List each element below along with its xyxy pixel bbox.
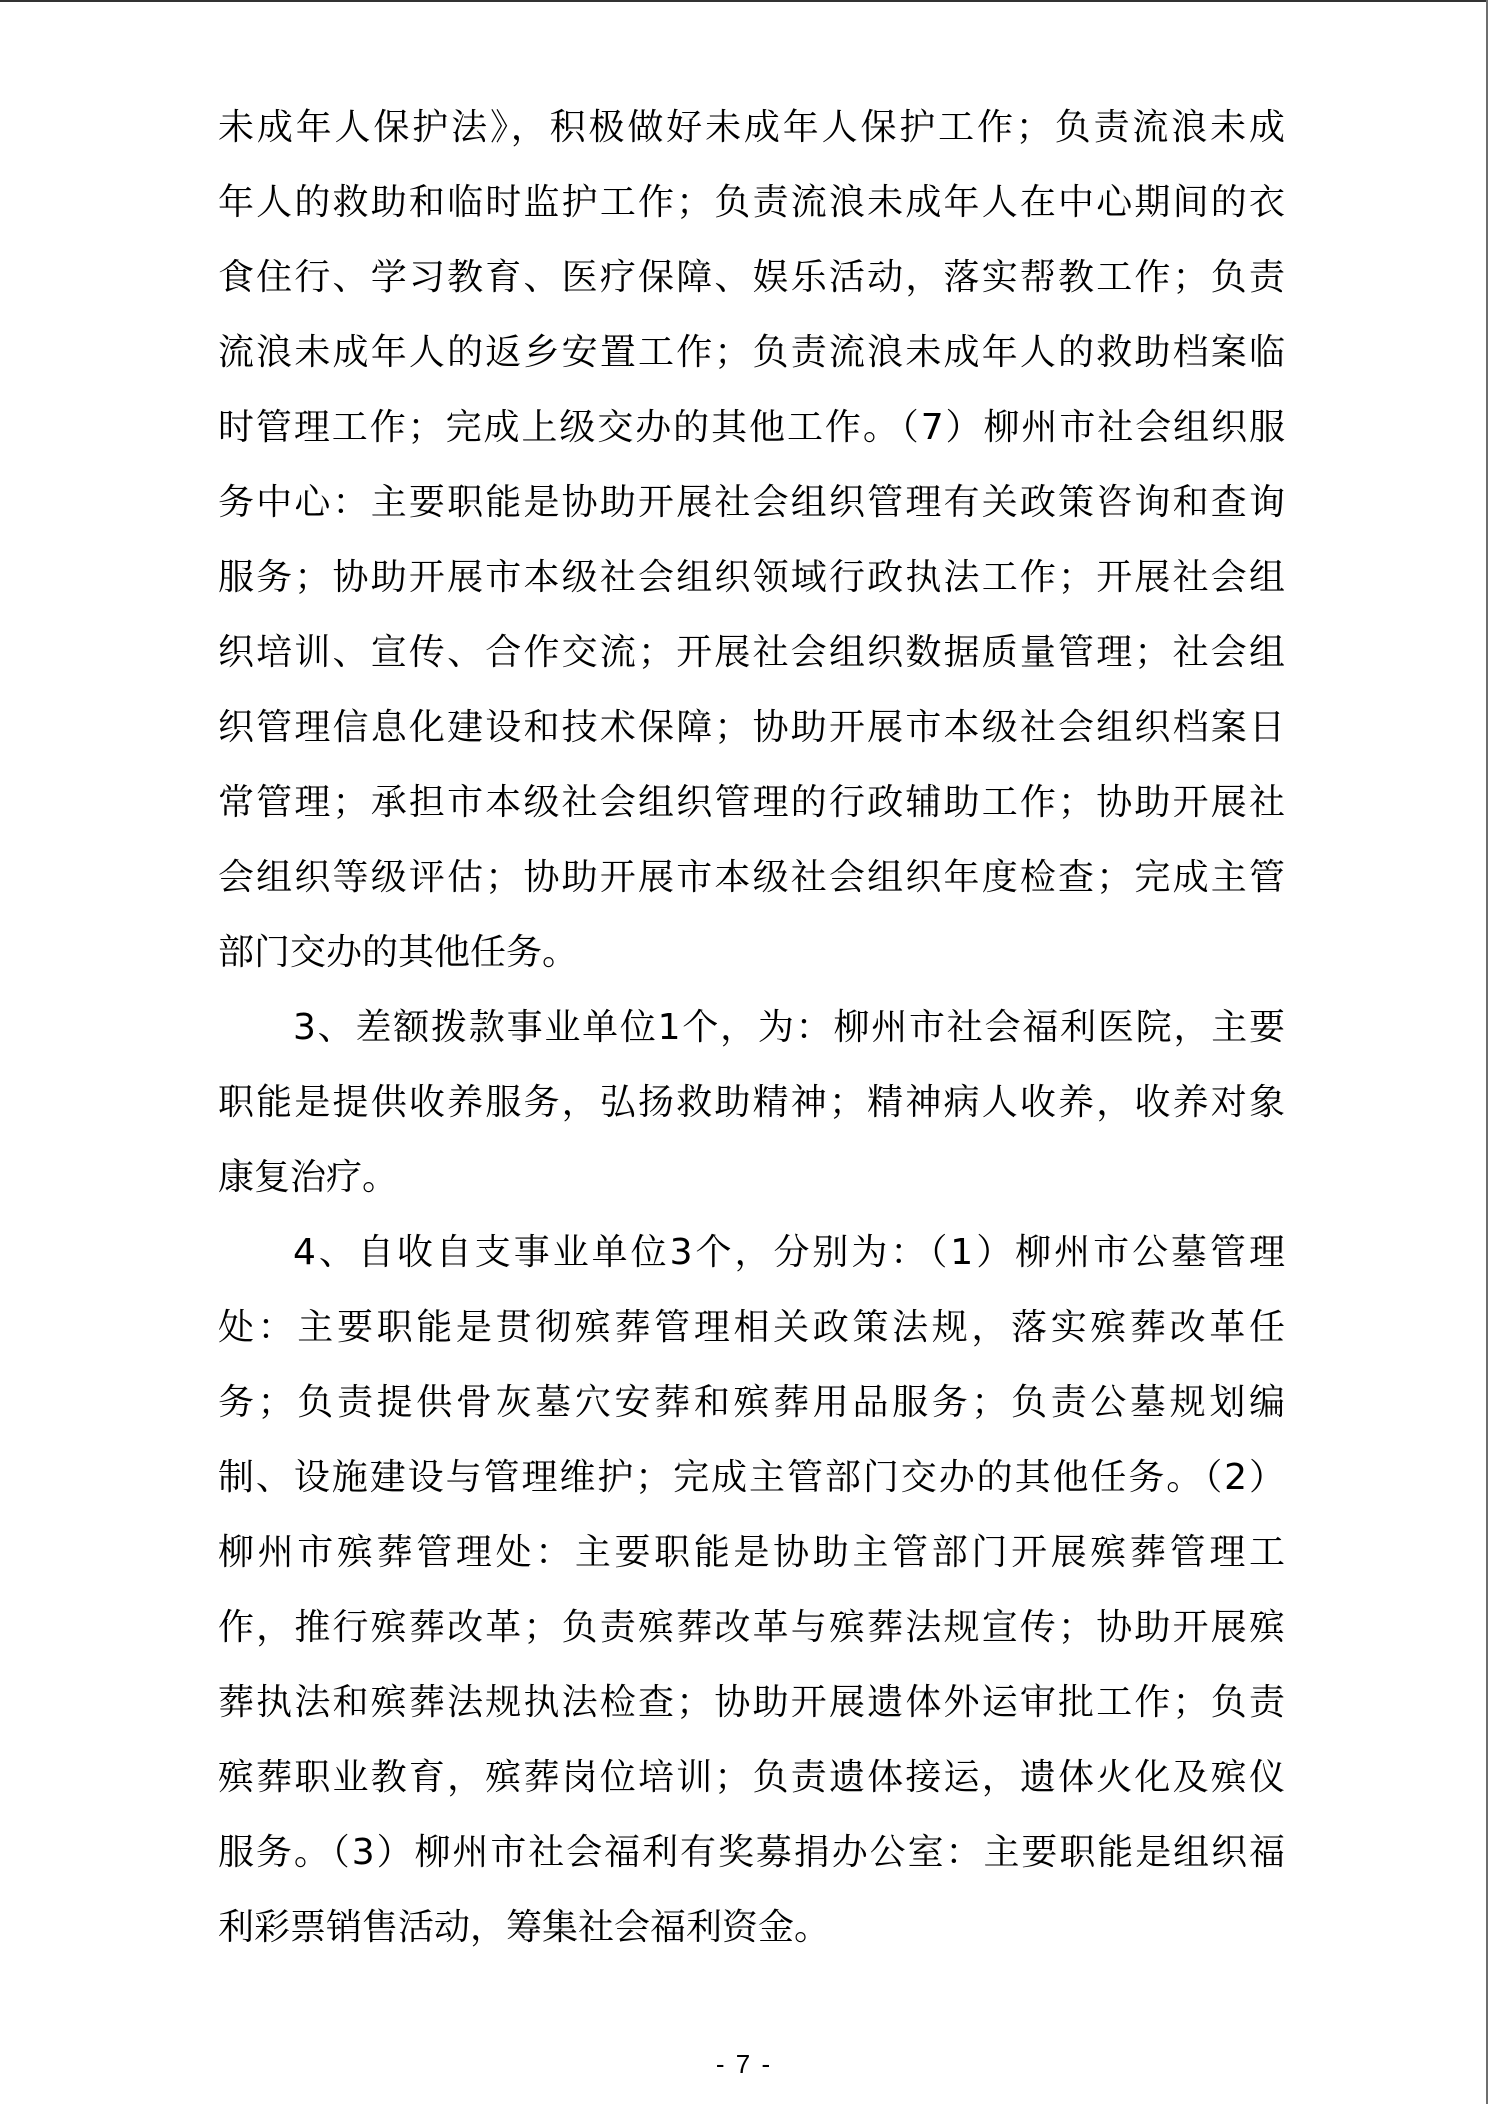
text-line: 利彩票销售活动，筹集社会福利资金。 — [218, 1890, 1285, 1965]
text-line: 务；负责提供骨灰墓穴安葬和殡葬用品服务；负责公墓规划编 — [218, 1365, 1285, 1440]
text-line: 职能是提供收养服务，弘扬救助精神；精神病人收养，收养对象 — [218, 1065, 1285, 1140]
text-line: 制、设施建设与管理维护；完成主管部门交办的其他任务。（2） — [218, 1440, 1285, 1515]
paragraph-differential-funding-units: 3、差额拨款事业单位1个，为：柳州市社会福利医院，主要 职能是提供收养服务，弘扬… — [218, 990, 1285, 1215]
text-line: 织培训、宣传、合作交流；开展社会组织数据质量管理；社会组 — [218, 615, 1285, 690]
paragraph-continued-units: 未成年人保护法》，积极做好未成年人保护工作；负责流浪未成 年人的救助和临时监护工… — [218, 90, 1285, 990]
document-body: 未成年人保护法》，积极做好未成年人保护工作；负责流浪未成 年人的救助和临时监护工… — [218, 90, 1285, 1965]
text-line: 3、差额拨款事业单位1个，为：柳州市社会福利医院，主要 — [218, 990, 1285, 1065]
page-number: - 7 - — [0, 2046, 1488, 2082]
text-line: 常管理；承担市本级社会组织管理的行政辅助工作；协助开展社 — [218, 765, 1285, 840]
text-line: 会组织等级评估；协助开展市本级社会组织年度检查；完成主管 — [218, 840, 1285, 915]
text-line: 年人的救助和临时监护工作；负责流浪未成年人在中心期间的衣 — [218, 165, 1285, 240]
text-line: 部门交办的其他任务。 — [218, 915, 1285, 990]
paragraph-self-funded-units: 4、自收自支事业单位3个，分别为：（1）柳州市公墓管理 处：主要职能是贯彻殡葬管… — [218, 1215, 1285, 1965]
text-line: 康复治疗。 — [218, 1140, 1285, 1215]
text-line: 服务；协助开展市本级社会组织领域行政执法工作；开展社会组 — [218, 540, 1285, 615]
text-line: 处：主要职能是贯彻殡葬管理相关政策法规，落实殡葬改革任 — [218, 1290, 1285, 1365]
text-line: 4、自收自支事业单位3个，分别为：（1）柳州市公墓管理 — [218, 1215, 1285, 1290]
text-line: 葬执法和殡葬法规执法检查；协助开展遗体外运审批工作；负责 — [218, 1665, 1285, 1740]
text-line: 食住行、学习教育、医疗保障、娱乐活动，落实帮教工作；负责 — [218, 240, 1285, 315]
text-line: 织管理信息化建设和技术保障；协助开展市本级社会组织档案日 — [218, 690, 1285, 765]
text-line: 作，推行殡葬改革；负责殡葬改革与殡葬法规宣传；协助开展殡 — [218, 1590, 1285, 1665]
text-line: 时管理工作；完成上级交办的其他工作。（7）柳州市社会组织服 — [218, 390, 1285, 465]
page-top-border — [0, 0, 1488, 2]
text-line: 柳州市殡葬管理处：主要职能是协助主管部门开展殡葬管理工 — [218, 1515, 1285, 1590]
text-line: 服务。（3）柳州市社会福利有奖募捐办公室：主要职能是组织福 — [218, 1815, 1285, 1890]
text-line: 流浪未成年人的返乡安置工作；负责流浪未成年人的救助档案临 — [218, 315, 1285, 390]
text-line: 务中心：主要职能是协助开展社会组织管理有关政策咨询和查询 — [218, 465, 1285, 540]
text-line: 殡葬职业教育，殡葬岗位培训；负责遗体接运，遗体火化及殡仪 — [218, 1740, 1285, 1815]
text-line: 未成年人保护法》，积极做好未成年人保护工作；负责流浪未成 — [218, 90, 1285, 165]
